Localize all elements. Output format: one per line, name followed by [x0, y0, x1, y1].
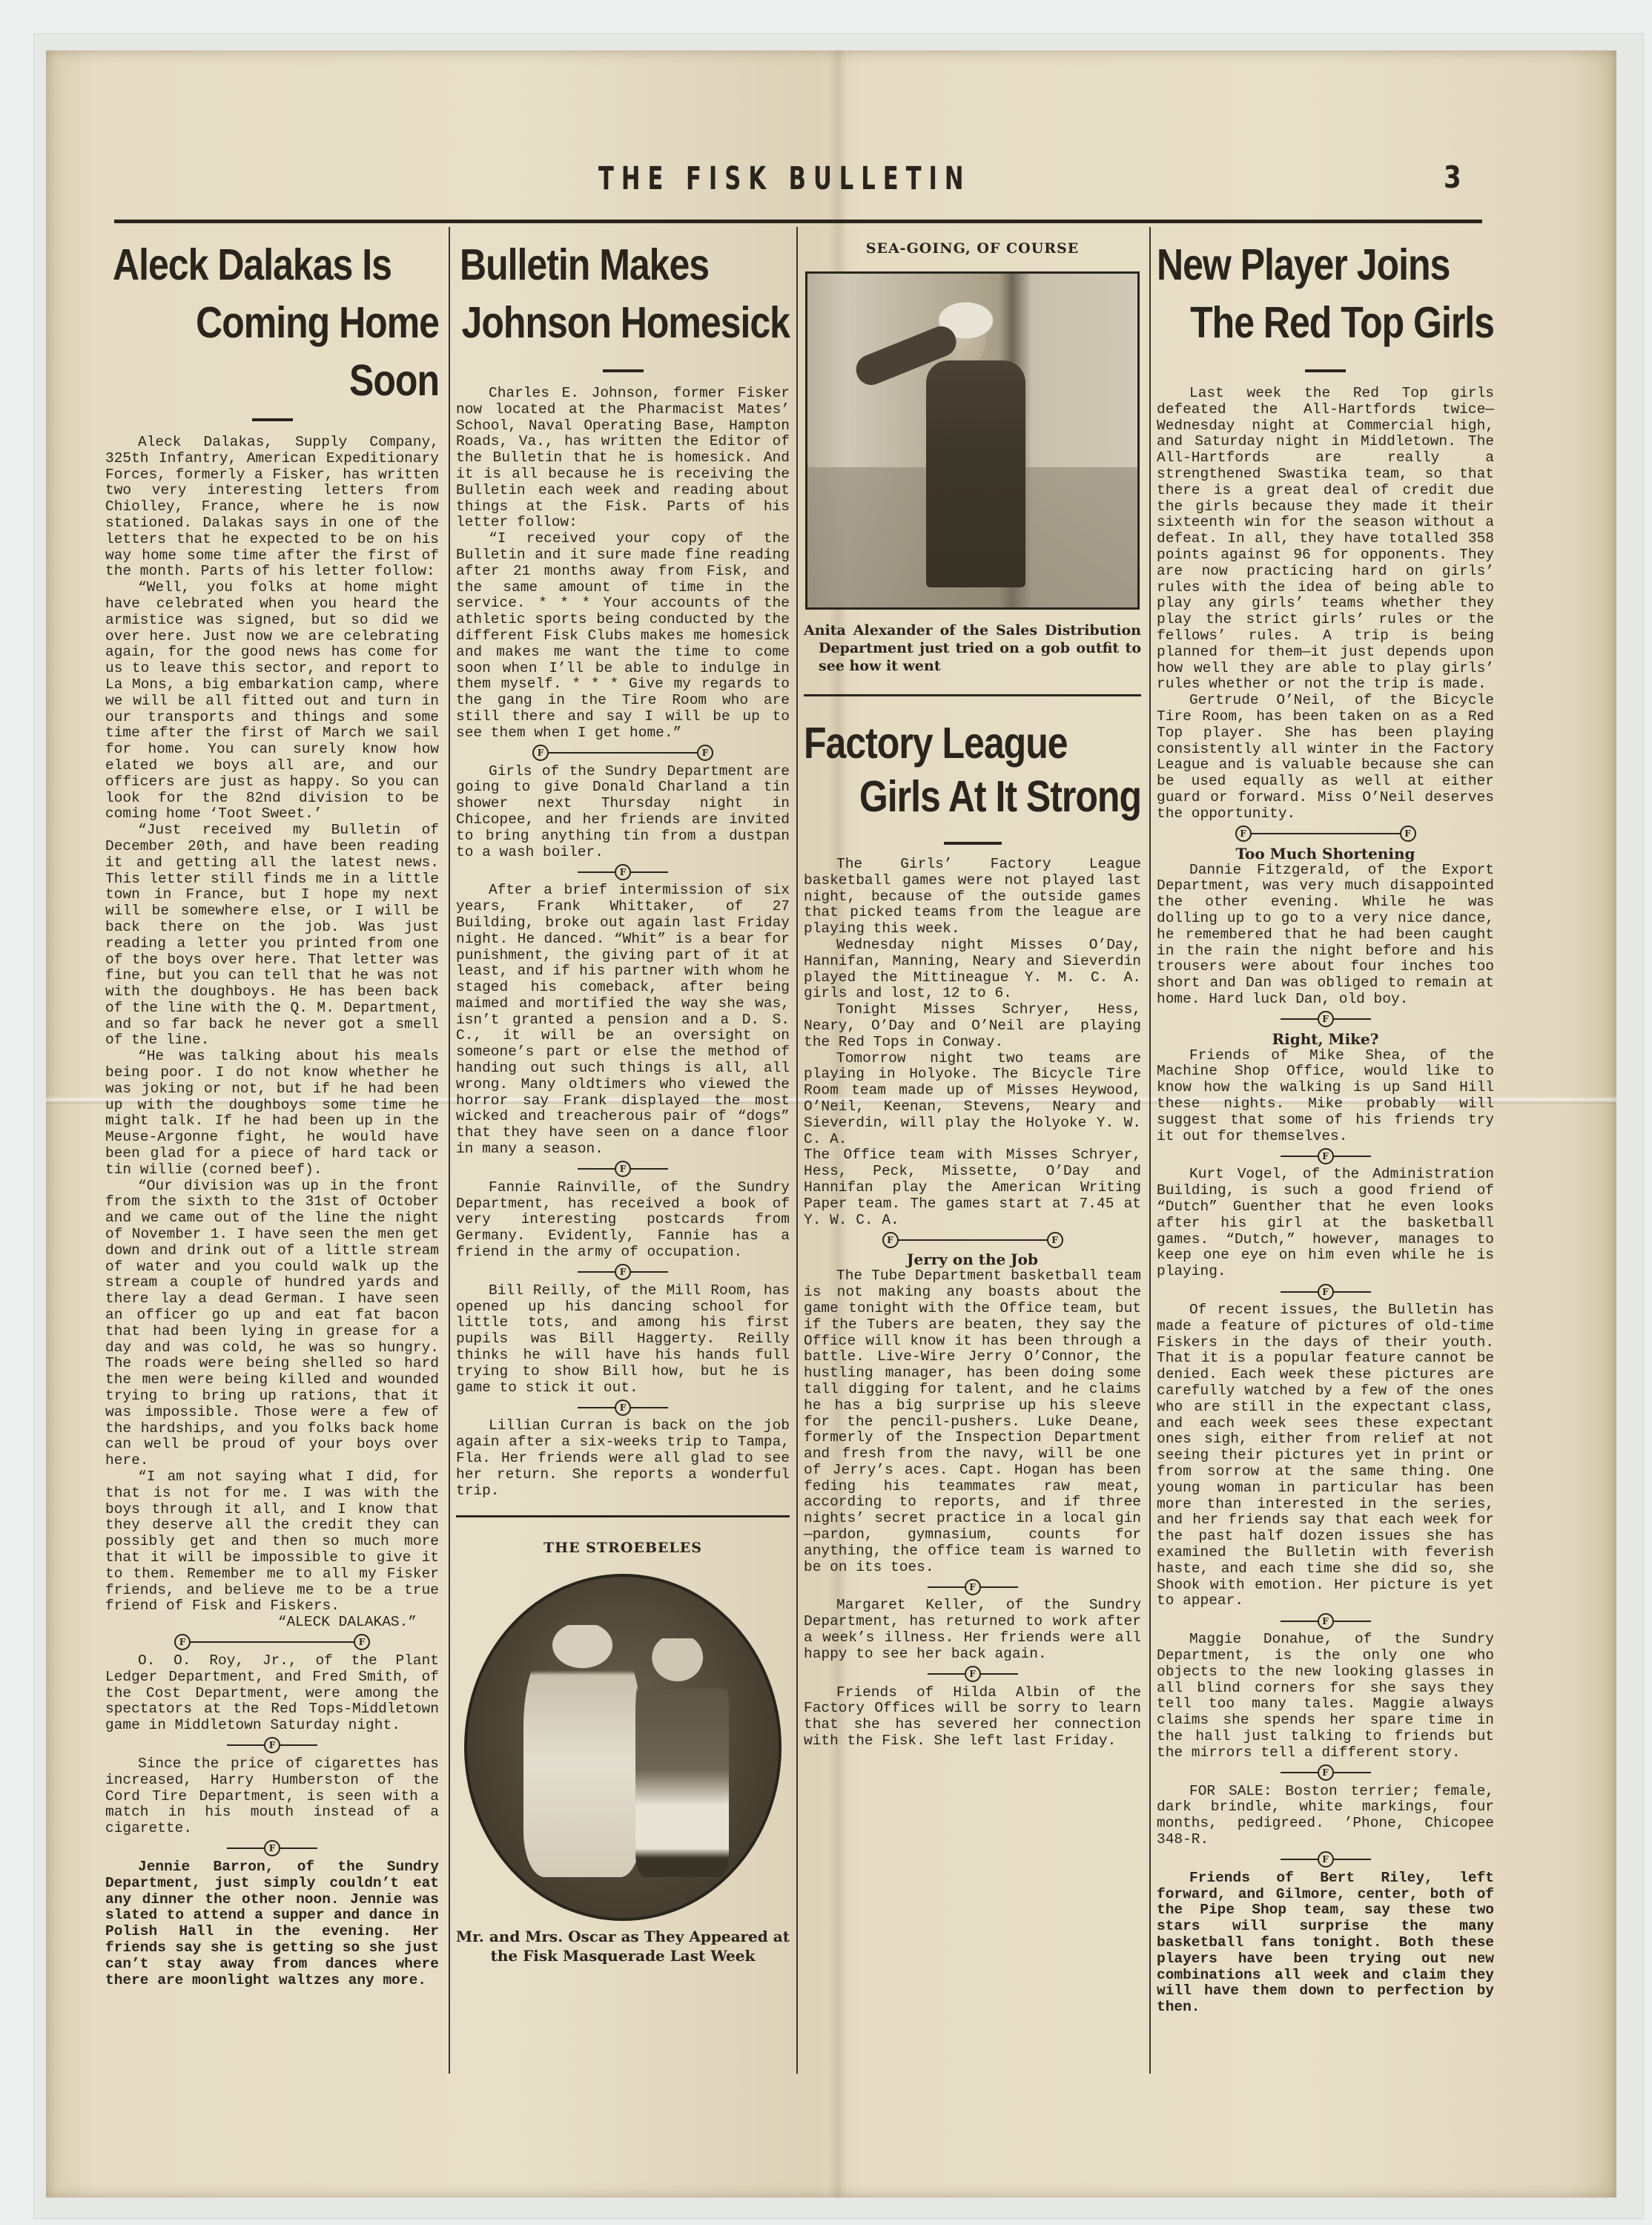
column-3: SEA-GOING, OF COURSE Anita Alexander of …	[804, 236, 1141, 1750]
fisk-f-icon: F	[1318, 1148, 1334, 1164]
paragraph: Wednesday night Misses O’Day, Hannifan, …	[804, 937, 1141, 1002]
classified-ad: FOR SALE: Boston terrier; female, dark b…	[1157, 1784, 1494, 1848]
f-separator: F	[1157, 1008, 1494, 1030]
fisk-f-icon: F	[882, 1232, 899, 1248]
item-text: Bill Reilly, of the Mill Room, has opene…	[456, 1283, 790, 1397]
fisk-f-icon: F	[965, 1579, 981, 1595]
article-red-top-girls: New Player Joins The Red Top Girls Last …	[1157, 236, 1494, 823]
sailor-figure	[926, 360, 1025, 587]
fisk-f-icon: F	[1318, 1613, 1334, 1629]
news-item: Jennie Barron, of the Sundry Department,…	[105, 1859, 439, 1988]
fisk-f-icon: F	[354, 1634, 370, 1650]
headline-rule	[1305, 369, 1346, 372]
item-text: FOR SALE: Boston terrier; female, dark b…	[1157, 1784, 1494, 1848]
item-text: Friends of Bert Riley, left forward, and…	[1157, 1870, 1494, 2016]
paragraph: “Just received my Bulletin of December 2…	[105, 823, 439, 1049]
f-separator: FF	[1157, 823, 1494, 845]
article-aleck-dalakas: Aleck Dalakas Is Coming Home Soon Aleck …	[105, 236, 439, 1631]
fisk-f-icon: F	[615, 864, 631, 880]
paragraph: Tonight Misses Schryer, Hess, Neary, O’D…	[804, 1002, 1141, 1050]
headline-line-2: Girls At It Strong	[804, 768, 1141, 825]
f-separator: F	[1157, 1848, 1494, 1870]
f-separator: F	[1157, 1144, 1494, 1167]
newspaper-page: THE FISK BULLETIN 3 Aleck Dalakas Is Com…	[46, 50, 1616, 2198]
item-text: Lillian Curran is back on the job again …	[456, 1418, 790, 1499]
column-divider	[1149, 227, 1151, 2074]
news-item: Friends of Mike Shea, of the Machine Sho…	[1157, 1048, 1494, 1145]
headline-rule	[603, 369, 644, 372]
news-item: Since the price of cigarettes has increa…	[105, 1756, 439, 1837]
fisk-f-icon: F	[1235, 825, 1252, 842]
subheadline: Right, Mike?	[1157, 1030, 1494, 1048]
column-2: Bulletin Makes Johnson Homesick Charles …	[456, 236, 790, 1965]
woman-figure	[523, 1625, 642, 1877]
section-rule	[456, 1515, 790, 1517]
newspaper-title: THE FISK BULLETIN	[598, 160, 971, 197]
man-figure	[635, 1638, 729, 1877]
page-number: 3	[1444, 160, 1461, 196]
news-item: After a brief intermission of six years,…	[456, 883, 790, 1158]
headline-line-2: Johnson Homesick	[456, 294, 790, 352]
article-body: The Girls’ Factory League basketball gam…	[804, 857, 1141, 1228]
news-item: Friends of Hilda Albin of the Factory Of…	[804, 1685, 1141, 1750]
f-separator: FF	[804, 1228, 1141, 1250]
photo-title: SEA-GOING, OF COURSE	[804, 240, 1141, 257]
paragraph: “I received your copy of the Bulletin an…	[456, 531, 790, 741]
fisk-f-icon: F	[1318, 1284, 1334, 1300]
item-text: Girls of the Sundry Department are going…	[456, 764, 790, 861]
article-body: Last week the Red Top girls defeated the…	[1157, 386, 1494, 823]
fisk-f-icon: F	[1318, 1011, 1334, 1027]
headline-rule	[944, 842, 1002, 845]
subheadline: Jerry on the Job	[804, 1250, 1141, 1268]
news-item: Friends of Bert Riley, left forward, and…	[1157, 1870, 1494, 2016]
fisk-f-icon: F	[965, 1666, 981, 1682]
fisk-f-icon: F	[615, 1400, 631, 1416]
news-item: Bill Reilly, of the Mill Room, has opene…	[456, 1283, 790, 1397]
headline-rule	[252, 418, 293, 421]
photo-caption: Mr. and Mrs. Oscar as They Appeared at t…	[456, 1927, 790, 1965]
paragraph: Aleck Dalakas, Supply Company, 325th Inf…	[105, 435, 439, 580]
photo-title: THE STROEBELES	[456, 1540, 790, 1556]
item-text: Since the price of cigarettes has increa…	[105, 1756, 439, 1837]
news-item: Girls of the Sundry Department are going…	[456, 764, 790, 861]
f-separator: F	[1157, 1609, 1494, 1632]
news-item: Maggie Donahue, of the Sundry Department…	[1157, 1632, 1494, 1761]
item-text: Kurt Vogel, of the Administration Buildi…	[1157, 1167, 1494, 1280]
article-body: Aleck Dalakas, Supply Company, 325th Inf…	[105, 435, 439, 1631]
item-text: Dannie Fitzgerald, of the Export Departm…	[1157, 863, 1494, 1008]
fisk-f-icon: F	[615, 1264, 631, 1280]
item-text: O. O. Roy, Jr., of the Plant Ledger Depa…	[105, 1653, 439, 1734]
paragraph: Gertrude O’Neil, of the Bicycle Tire Roo…	[1157, 693, 1494, 822]
masthead-rule	[114, 220, 1482, 223]
f-separator: F	[105, 1734, 439, 1756]
f-separator: F	[804, 1663, 1141, 1685]
item-text: Jennie Barron, of the Sundry Department,…	[105, 1859, 439, 1988]
subheadline: Too Much Shortening	[1157, 845, 1494, 863]
paragraph: Charles E. Johnson, former Fisker now lo…	[456, 386, 790, 531]
column-divider	[449, 227, 450, 2074]
headline-line-1: New Player Joins	[1157, 236, 1494, 294]
fisk-f-icon: F	[174, 1634, 191, 1650]
paragraph: Tomorrow night two teams are playing in …	[804, 1051, 1141, 1148]
f-separator: F	[1157, 1761, 1494, 1784]
item-text: Friends of Mike Shea, of the Machine Sho…	[1157, 1048, 1494, 1145]
paragraph: “Well, you folks at home might have cele…	[105, 580, 439, 823]
photo-caption: Anita Alexander of the Sales Distributio…	[804, 622, 1141, 675]
paragraph: “Our division was up in the front from t…	[105, 1179, 439, 1469]
f-separator: FF	[105, 1631, 439, 1653]
news-item: Fannie Rainville, of the Sundry Departme…	[456, 1180, 790, 1261]
item-text: Maggie Donahue, of the Sundry Department…	[1157, 1632, 1494, 1761]
fisk-f-icon: F	[1318, 1851, 1334, 1868]
headline-line-2: The Red Top Girls	[1157, 294, 1494, 352]
news-item: The Tube Department basketball team is n…	[804, 1268, 1141, 1575]
f-separator: FF	[456, 742, 790, 764]
paragraph: “He was talking about his meals being po…	[105, 1049, 439, 1178]
headline-line-2: Coming Home Soon	[105, 294, 439, 409]
f-separator: F	[456, 1158, 790, 1180]
item-text: The Tube Department basketball team is n…	[804, 1268, 1141, 1575]
headline-line-1: Bulletin Makes	[456, 236, 790, 294]
news-item: Of recent issues, the Bulletin has made …	[1157, 1302, 1494, 1609]
article-body: Charles E. Johnson, former Fisker now lo…	[456, 386, 790, 742]
paragraph: The Girls’ Factory League basketball gam…	[804, 857, 1141, 937]
fisk-f-icon: F	[1400, 825, 1416, 842]
news-item: Kurt Vogel, of the Administration Buildi…	[1157, 1167, 1494, 1280]
fisk-f-icon: F	[697, 745, 713, 761]
column-1: Aleck Dalakas Is Coming Home Soon Aleck …	[105, 236, 439, 1988]
fisk-f-icon: F	[532, 745, 549, 761]
section-rule	[804, 694, 1141, 696]
item-text: Friends of Hilda Albin of the Factory Of…	[804, 1685, 1141, 1750]
paragraph: “I am not saying what I did, for that is…	[105, 1469, 439, 1615]
f-separator: F	[1157, 1280, 1494, 1302]
f-separator: F	[456, 1396, 790, 1418]
f-separator: F	[105, 1837, 439, 1859]
fisk-f-icon: F	[615, 1161, 631, 1177]
article-johnson-homesick: Bulletin Makes Johnson Homesick Charles …	[456, 236, 790, 742]
fisk-f-icon: F	[264, 1737, 280, 1753]
f-separator: F	[456, 860, 790, 883]
paragraph: Last week the Red Top girls defeated the…	[1157, 386, 1494, 693]
column-4: New Player Joins The Red Top Girls Last …	[1157, 236, 1494, 2016]
item-text: After a brief intermission of six years,…	[456, 883, 790, 1158]
item-text: Margaret Keller, of the Sundry Departmen…	[804, 1598, 1141, 1662]
f-separator: F	[456, 1261, 790, 1283]
fisk-f-icon: F	[264, 1840, 280, 1856]
letter-signature: “ALECK DALAKAS.”	[105, 1615, 439, 1631]
photo-anita-alexander	[805, 271, 1140, 610]
item-text: Of recent issues, the Bulletin has made …	[1157, 1302, 1494, 1609]
column-divider	[796, 227, 798, 2074]
news-item: Dannie Fitzgerald, of the Export Departm…	[1157, 863, 1494, 1008]
news-item: Lillian Curran is back on the job again …	[456, 1418, 790, 1499]
headline-line-1: Factory League	[804, 714, 1141, 772]
news-item: O. O. Roy, Jr., of the Plant Ledger Depa…	[105, 1653, 439, 1734]
f-separator: F	[804, 1575, 1141, 1598]
headline-line-1: Aleck Dalakas Is	[105, 236, 439, 294]
fisk-f-icon: F	[1047, 1232, 1063, 1248]
news-item: Margaret Keller, of the Sundry Departmen…	[804, 1598, 1141, 1662]
masthead: THE FISK BULLETIN 3	[46, 160, 1616, 197]
photo-masquerade-couple	[464, 1574, 782, 1921]
item-text: Fannie Rainville, of the Sundry Departme…	[456, 1180, 790, 1261]
paragraph: The Office team with Misses Schryer, Hes…	[804, 1147, 1141, 1228]
fisk-f-icon: F	[1318, 1764, 1334, 1781]
